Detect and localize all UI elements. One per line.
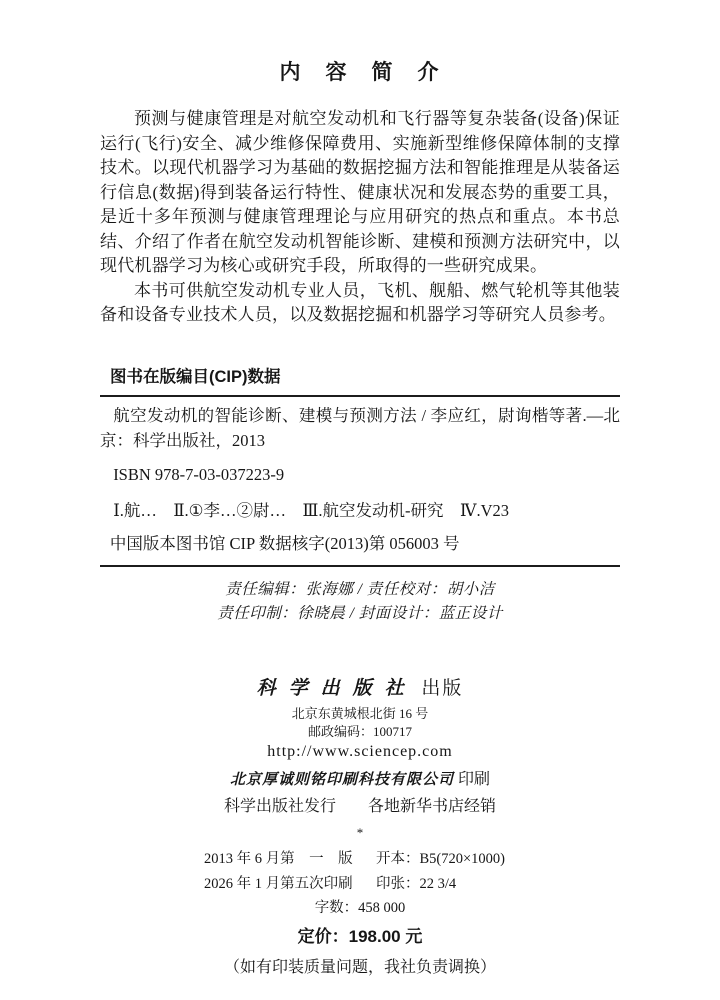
exchange-note: （如有印装质量问题，我社负责调换） bbox=[100, 956, 620, 980]
intro-section: 预测与健康管理是对航空发动机和飞行器等复杂装备(设备)保证运行(飞行)安全、减少… bbox=[100, 107, 620, 328]
colophon-section: 科学出版社 出版 北京东黄城根北街 16 号 邮政编码：100717 http:… bbox=[100, 673, 620, 980]
cip-registry-number: 中国版本图书馆 CIP 数据核字(2013)第 056003 号 bbox=[100, 531, 620, 556]
printer-suffix: 印刷 bbox=[458, 771, 490, 788]
cip-heading: 图书在版编目(CIP)数据 bbox=[100, 363, 620, 387]
edition-date: 2013 年 6 月第 一 版 bbox=[204, 847, 376, 872]
price: 定价：198.00 元 bbox=[100, 925, 620, 949]
printer-line: 北京厚诚则铭印刷科技有限公司 印刷 bbox=[100, 768, 620, 792]
asterisk-divider: * bbox=[100, 825, 620, 841]
print-info-row: 2026 年 1 月第五次印刷 印张：22 3/4 bbox=[204, 872, 516, 897]
distribution-line: 科学出版社发行 各地新华书店经销 bbox=[100, 795, 620, 818]
copyright-page: 内 容 简 介 预测与健康管理是对航空发动机和飞行器等复杂装备(设备)保证运行(… bbox=[0, 0, 720, 1000]
cip-isbn: ISBN 978-7-03-037223-9 bbox=[100, 462, 620, 487]
cip-rule-top bbox=[100, 395, 620, 397]
cip-data-block: 航空发动机的智能诊断、建模与预测方法 / 李应红，尉询楷等著.—北京：科学出版社… bbox=[100, 403, 620, 556]
credits-line-editor: 责任编辑：张海娜 / 责任校对：胡小洁 bbox=[100, 578, 620, 603]
publisher-logotype: 科学出版社 bbox=[257, 678, 417, 699]
intro-paragraph-2: 本书可供航空发动机专业人员，飞机、舰船、燃气轮机等其他装备和设备专业技术人员，以… bbox=[100, 279, 620, 328]
publisher-line: 科学出版社 出版 bbox=[100, 673, 620, 700]
cip-classification: Ⅰ.航… Ⅱ.①李…②尉… Ⅲ.航空发动机-研究 Ⅳ.V23 bbox=[100, 498, 620, 523]
publisher-address: 北京东黄城根北街 16 号 bbox=[100, 705, 620, 723]
staff-credits: 责任编辑：张海娜 / 责任校对：胡小洁 责任印制：徐晓晨 / 封面设计：蓝正设计 bbox=[100, 578, 620, 627]
publisher-postcode: 邮政编码：100717 bbox=[100, 723, 620, 741]
printing-date: 2026 年 1 月第五次印刷 bbox=[204, 872, 376, 897]
credits-line-printing: 责任印制：徐晓晨 / 封面设计：蓝正设计 bbox=[100, 602, 620, 627]
section-title: 内 容 简 介 bbox=[100, 0, 620, 86]
format-spec: 开本：B5(720×1000) bbox=[376, 847, 516, 872]
print-info-row: 2013 年 6 月第 一 版 开本：B5(720×1000) bbox=[204, 847, 516, 872]
word-count: 字数：458 000 bbox=[100, 897, 620, 919]
intro-paragraph-1: 预测与健康管理是对航空发动机和飞行器等复杂装备(设备)保证运行(飞行)安全、减少… bbox=[100, 107, 620, 279]
publisher-suffix: 出版 bbox=[421, 678, 463, 699]
print-info-table: 2013 年 6 月第 一 版 开本：B5(720×1000) 2026 年 1… bbox=[204, 847, 516, 897]
cip-rule-bottom bbox=[100, 565, 620, 567]
page-content: 内 容 简 介 预测与健康管理是对航空发动机和飞行器等复杂装备(设备)保证运行(… bbox=[0, 0, 720, 980]
printer-name: 北京厚诚则铭印刷科技有限公司 bbox=[230, 772, 454, 788]
cip-title-line: 航空发动机的智能诊断、建模与预测方法 / 李应红，尉询楷等著.—北京：科学出版社… bbox=[100, 403, 620, 453]
publisher-website: http://www.sciencep.com bbox=[100, 741, 620, 763]
sheet-count: 印张：22 3/4 bbox=[376, 872, 516, 897]
